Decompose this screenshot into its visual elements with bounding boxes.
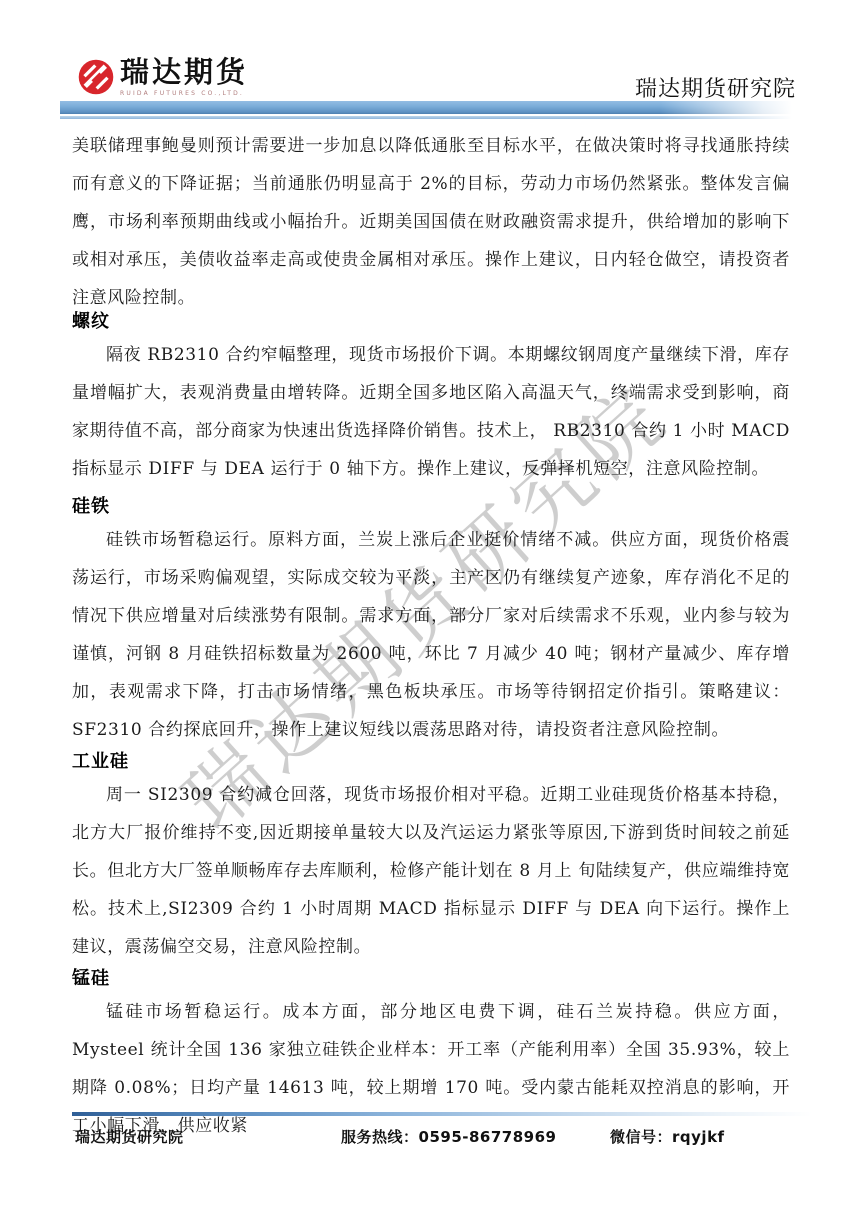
section-fed-comment: 美联储理事鲍曼则预计需要进一步加息以降低通胀至目标水平，在做决策时将寻找通胀持续… [72, 127, 790, 317]
body-paragraph: 硅铁市场暂稳运行。原料方面，兰炭上涨后企业挺价情绪不减。供应方面，现货价格震荡运… [72, 521, 790, 749]
footer-wechat: 微信号：rqyjkf [610, 1126, 725, 1147]
section-ferrosilicon: 硅铁 硅铁市场暂稳运行。原料方面，兰炭上涨后企业挺价情绪不减。供应方面，现货价格… [72, 493, 790, 749]
section-heading: 硅铁 [72, 493, 790, 521]
footer: 瑞达期货研究院 服务热线：0595-86778969 微信号：rqyjkf [0, 1126, 860, 1150]
institute-title: 瑞达期货研究院 [635, 72, 796, 103]
footer-hotline-label: 服务热线： [341, 1128, 419, 1146]
body-paragraph: 美联储理事鲍曼则预计需要进一步加息以降低通胀至目标水平，在做决策时将寻找通胀持续… [72, 127, 790, 317]
body-paragraph: 周一 SI2309 合约减仓回落，现货市场报价相对平稳。近期工业硅现货价格基本持… [72, 776, 790, 966]
company-logo: 瑞达期货 RUIDA FUTURES CO.,LTD. [78, 58, 248, 97]
footer-hotline-value: 0595-86778969 [419, 1128, 557, 1146]
section-rebar: 螺纹 隔夜 RB2310 合约窄幅整理，现货市场报价下调。本期螺纹钢周度产量继续… [72, 308, 790, 488]
footer-wechat-value: rqyjkf [672, 1128, 725, 1146]
logo-title: 瑞达期货 [120, 58, 248, 87]
header-divider-thin [60, 116, 792, 119]
footer-wechat-label: 微信号： [610, 1128, 672, 1146]
body-paragraph: 锰硅市场暂稳运行。成本方面，部分地区电费下调，硅石兰炭持稳。供应方面，Myste… [72, 993, 790, 1145]
section-heading: 螺纹 [72, 308, 790, 336]
header-divider-main [60, 101, 792, 114]
section-industrial-silicon: 工业硅 周一 SI2309 合约减仓回落，现货市场报价相对平稳。近期工业硅现货价… [72, 748, 790, 966]
body-paragraph: 隔夜 RB2310 合约窄幅整理，现货市场报价下调。本期螺纹钢周度产量继续下滑，… [72, 336, 790, 488]
header-divider [60, 101, 792, 120]
section-heading: 工业硅 [72, 748, 790, 776]
ruida-logo-icon [78, 58, 114, 96]
report-page: 瑞达期货 RUIDA FUTURES CO.,LTD. 瑞达期货研究院 瑞达期货… [0, 0, 860, 1217]
logo-subtitle: RUIDA FUTURES CO.,LTD. [120, 90, 248, 97]
footer-divider [72, 1112, 812, 1116]
section-heading: 锰硅 [72, 965, 790, 993]
footer-institute: 瑞达期货研究院 [75, 1126, 184, 1147]
section-manganese-silicon: 锰硅 锰硅市场暂稳运行。成本方面，部分地区电费下调，硅石兰炭持稳。供应方面，My… [72, 965, 790, 1145]
footer-hotline: 服务热线：0595-86778969 [341, 1126, 557, 1147]
